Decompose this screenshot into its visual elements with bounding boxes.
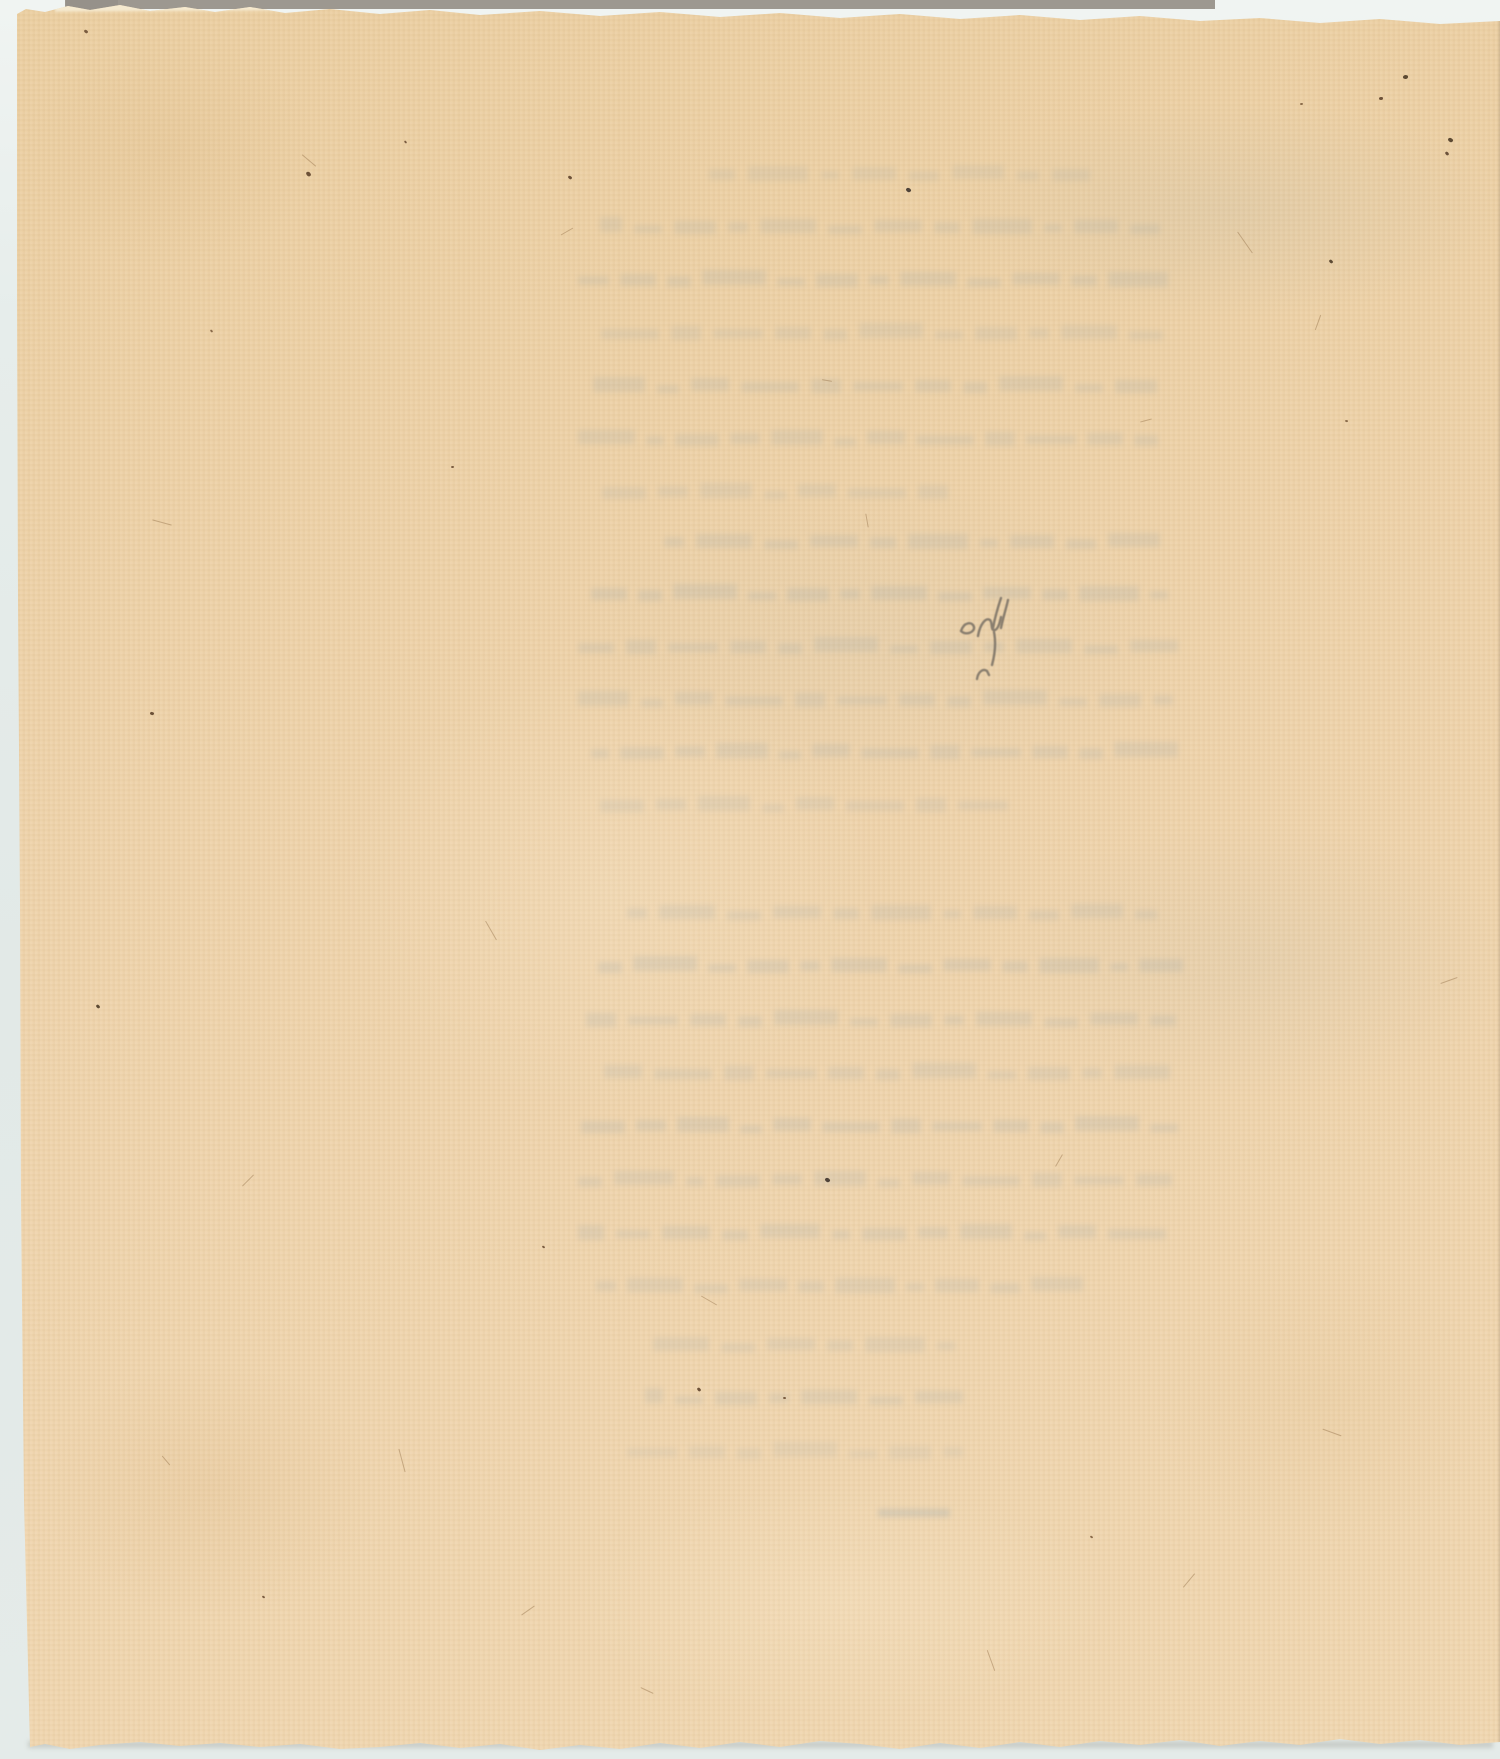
paper-speck	[905, 187, 911, 193]
paper-speck	[1403, 75, 1409, 80]
bleedthrough-line	[578, 956, 1183, 973]
bleedthrough-line	[600, 217, 1160, 234]
bleedthrough-line	[578, 270, 1168, 287]
paper-sheet	[0, 0, 1500, 1759]
bleedthrough-line	[578, 1223, 1166, 1240]
bleedthrough-line	[578, 1116, 1178, 1133]
bleedthrough-line	[578, 1170, 1172, 1187]
paper-speck	[542, 1245, 546, 1248]
paper-speck	[1300, 103, 1303, 105]
paper-stain	[20, 30, 320, 270]
bleedthrough-line	[578, 1276, 1083, 1293]
pencil-stroke	[977, 670, 989, 679]
paper-speck	[84, 29, 89, 34]
paper-speck	[783, 1397, 786, 1399]
paper-fiber	[701, 1296, 717, 1306]
bleedthrough-line	[578, 584, 1168, 601]
bleedthrough-line	[612, 903, 1157, 920]
pencil-stroke	[978, 617, 1001, 636]
paper-speck	[1345, 420, 1348, 423]
bleedthrough-line	[645, 1388, 963, 1405]
pencil-annotation	[948, 572, 1018, 687]
pencil-stroke	[961, 623, 974, 633]
paper-fiber	[398, 1449, 405, 1472]
bleedthrough-line	[578, 1010, 1176, 1027]
scanner-backing-strip	[65, 0, 1215, 9]
paper-fiber	[561, 228, 574, 236]
paper-speck	[568, 175, 573, 180]
paper-stain	[330, 660, 890, 1120]
paper-stain	[560, 1480, 1120, 1720]
paper-stain	[1150, 1250, 1500, 1550]
bleedthrough-line	[578, 795, 1008, 812]
bleedthrough-line	[578, 429, 1158, 446]
paper-fiber	[1140, 418, 1152, 422]
paper-speck	[1090, 1535, 1094, 1538]
pencil-stroke	[1001, 600, 1008, 628]
bleedthrough-line	[578, 1063, 1170, 1080]
paper-speck	[150, 711, 155, 715]
paper-fiber	[1183, 1573, 1195, 1587]
bleedthrough-line	[578, 323, 1163, 340]
paper-speck	[451, 466, 454, 468]
paper-fiber	[1055, 1154, 1063, 1167]
bleedthrough-line	[578, 482, 948, 499]
bleedthrough-line	[578, 690, 1173, 707]
paper-stain	[950, 100, 1500, 320]
paper-speck	[210, 329, 213, 333]
bleedthrough-line	[690, 164, 1090, 181]
paper-fiber	[152, 519, 172, 525]
bleedthrough-line	[582, 376, 1157, 393]
paper-speck	[1379, 97, 1383, 100]
paper-speck	[404, 140, 407, 144]
bleedthrough-line	[578, 637, 1178, 654]
paper-fiber	[521, 1606, 535, 1616]
pencil-stroke	[992, 632, 995, 665]
paper-stain	[40, 1360, 380, 1620]
bleedthrough-line	[655, 532, 1160, 549]
scan-canvas: { "artifact": { "description": "Scanned …	[0, 0, 1500, 1759]
paper-fiber	[1315, 315, 1321, 330]
paper-speck	[96, 1004, 101, 1009]
paper-fiber	[242, 1174, 254, 1186]
bleedthrough-line	[645, 1335, 955, 1352]
bleedthrough-line	[878, 1500, 950, 1517]
bleedthrough-line	[578, 742, 1178, 759]
bleedthrough-line	[618, 1442, 963, 1459]
